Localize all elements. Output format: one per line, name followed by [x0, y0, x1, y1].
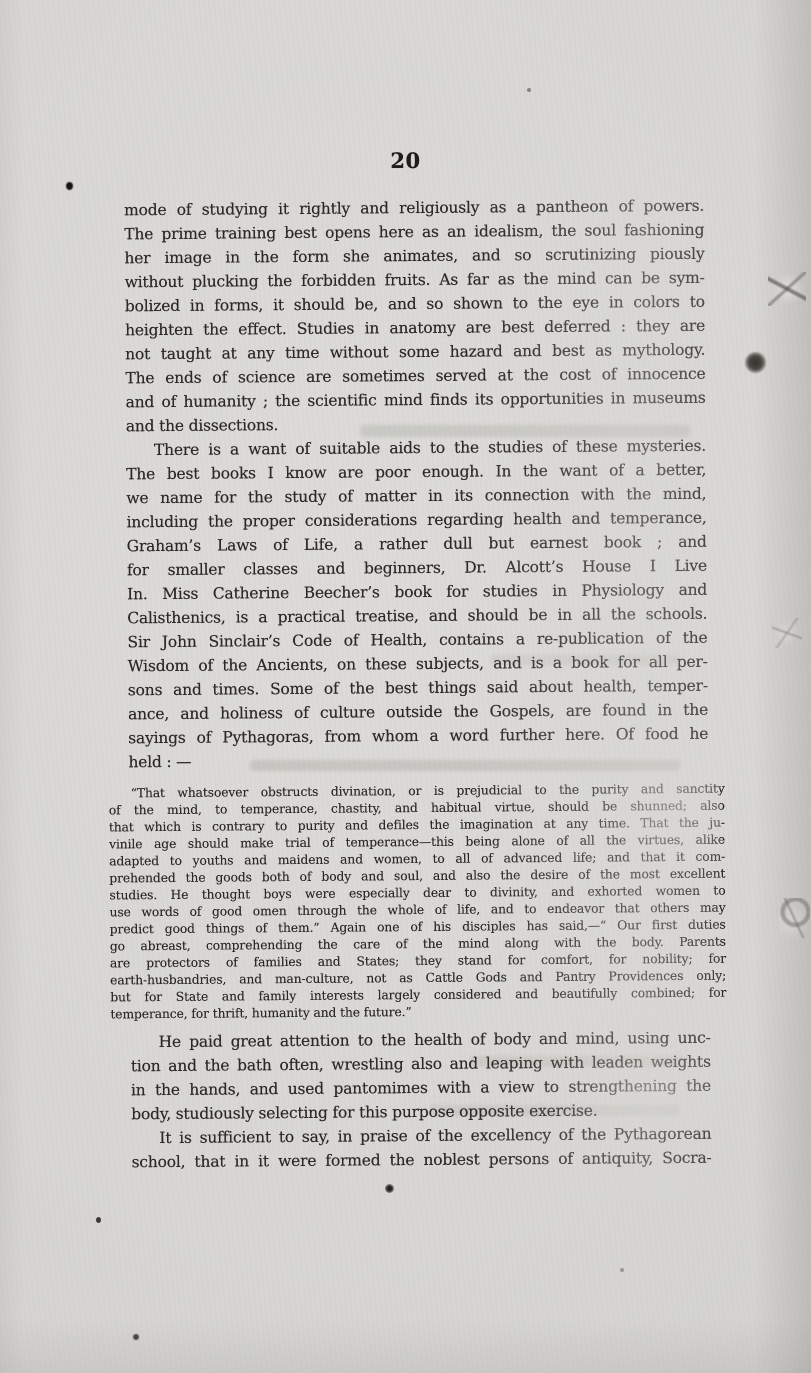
scanned-book-page: 20 mode of studying it rightly and relig… — [0, 0, 811, 1373]
text-line: temperance, for thrift, humanity and the… — [110, 1002, 726, 1024]
paper-crease-mark — [772, 618, 802, 648]
ink-speck — [385, 1184, 394, 1193]
text-line: sayings of Pythagoras, from whom a word … — [128, 722, 708, 751]
paper-crease-mark — [778, 898, 810, 938]
paragraph-health: He paid great attention to the health of… — [131, 1026, 712, 1127]
text-line: and of humanity ; the scientific mind fi… — [126, 386, 706, 415]
paragraph-continuation: mode of studying it rightly and religiou… — [124, 194, 706, 439]
paper-crease-mark — [768, 272, 806, 306]
ink-speck — [620, 1268, 624, 1272]
text-line: held : — — [128, 746, 708, 775]
ink-speck — [527, 88, 531, 92]
page-text: mode of studying it rightly and religiou… — [124, 194, 712, 1175]
ink-speck — [66, 182, 73, 190]
text-line: school, that in it were formed the noble… — [131, 1146, 711, 1175]
pythagoras-quotation: “That whatsoever obstructs divination, o… — [109, 781, 727, 1024]
ink-blot — [745, 352, 766, 373]
ink-speck — [96, 1217, 101, 1223]
ink-speck — [133, 1334, 139, 1340]
page-number: 20 — [0, 148, 811, 173]
paragraph-pythagorean-school: It is sufficient to say, in praise of th… — [131, 1122, 711, 1175]
text-line: in the hands, and used pantomimes with a… — [131, 1074, 711, 1103]
paragraph-books: There is a want of suitable aids to the … — [126, 434, 709, 775]
